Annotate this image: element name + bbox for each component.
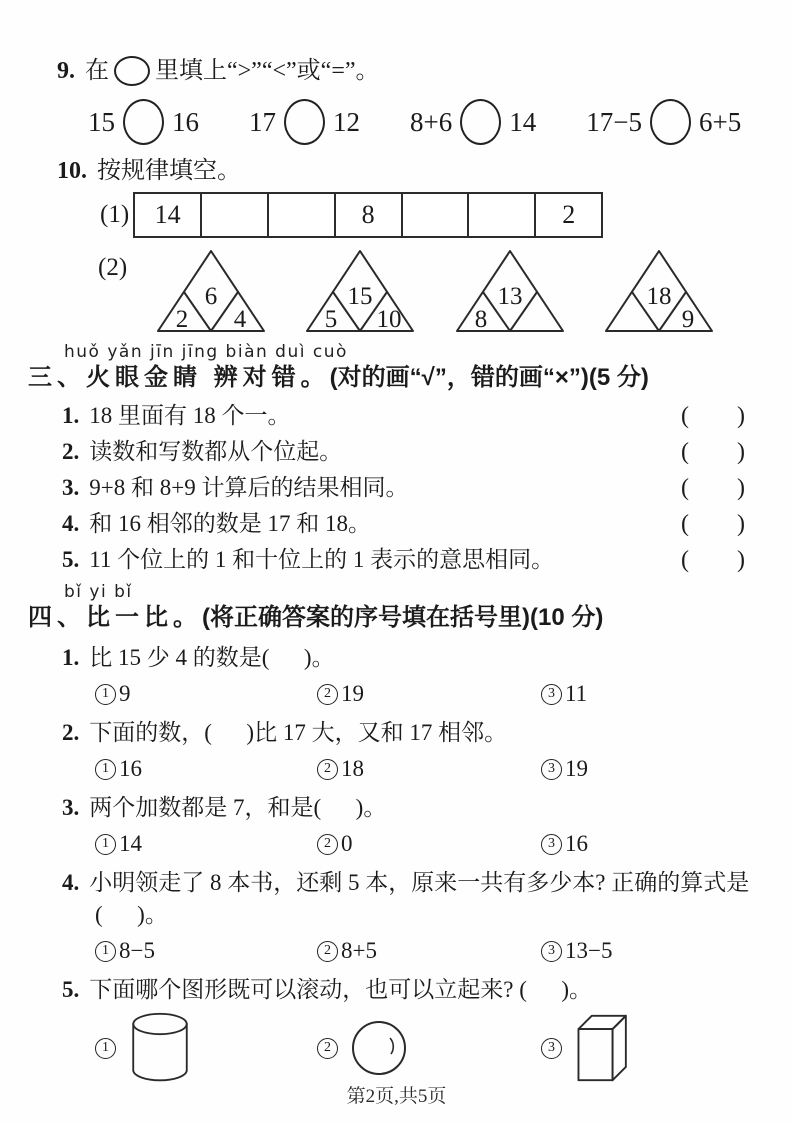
answer-circle — [460, 99, 501, 145]
judge-item: 5.11 个位上的 1 和十位上的 1 表示的意思相同。 ( ) — [62, 546, 745, 574]
test-paper-page: 9. 在 里填上“>”“<”或“=”。 15 16 17 12 8+6 14 1… — [0, 0, 793, 1122]
page-footer: 第2页,共5页 — [0, 1081, 793, 1108]
mc-options-row: 114 20 316 — [95, 829, 793, 859]
judge-item: 2.读数和写数都从个位起。 ( ) — [62, 438, 745, 466]
comparison-row: 15 16 17 12 8+6 14 17−5 6+5 — [88, 98, 793, 146]
circled-number-icon: 2 — [317, 1038, 338, 1059]
cylinder-icon — [128, 1012, 192, 1084]
triangle-right-number: 9 — [682, 306, 695, 333]
answer-bracket: ( ) — [681, 510, 745, 538]
right-operand: 16 — [172, 107, 199, 138]
mc-option: 316 — [541, 829, 793, 859]
comparison-item: 17 12 — [249, 99, 360, 145]
circled-number-icon: 2 — [317, 834, 338, 855]
question-9-header: 9. 在 里填上“>”“<”或“=”。 — [57, 56, 793, 86]
table-cell: 14 — [135, 194, 202, 236]
item-number: 2. — [62, 720, 79, 745]
mc-option: 319 — [541, 754, 793, 784]
item-number: 1. — [62, 403, 79, 428]
option-value: 8+5 — [341, 936, 377, 966]
section-3-note: (对的画“√”，错的画“×”)(5 分) — [330, 362, 649, 394]
table-cell: 2 — [536, 194, 601, 236]
triangle-group: 6 2 4 15 5 10 13 8 — [155, 248, 715, 334]
item-number: 3. — [62, 795, 79, 820]
sphere-icon — [350, 1019, 408, 1077]
table-cell — [269, 194, 336, 236]
triangle-top-number: 6 — [205, 283, 218, 310]
mc-question-stem: 5.下面哪个图形既可以滚动，也可以立起来? ( )。 — [95, 974, 753, 1006]
answer-bracket: ( ) — [681, 474, 745, 502]
circled-number-icon: 1 — [95, 684, 116, 705]
judge-text: 5.11 个位上的 1 和十位上的 1 表示的意思相同。 — [62, 546, 554, 574]
left-operand: 17−5 — [586, 107, 642, 138]
mc-option: 18−5 — [95, 936, 317, 966]
option-value: 13−5 — [565, 936, 612, 966]
item-text: 和 16 相邻的数是 17 和 18。 — [89, 511, 371, 536]
triangle-top-number: 15 — [348, 283, 373, 310]
shape-option: 2 — [317, 1019, 541, 1077]
answer-circle — [123, 99, 164, 145]
circled-number-icon: 2 — [317, 759, 338, 780]
mc-option: 114 — [95, 829, 317, 859]
option-value: 18 — [341, 754, 364, 784]
stem-text: 下面的数，( )比 17 大，又和 17 相邻。 — [89, 720, 507, 745]
mc-options-row: 116 218 319 — [95, 754, 793, 784]
cuboid-icon — [574, 1012, 636, 1084]
table-cell — [403, 194, 470, 236]
right-operand: 12 — [333, 107, 360, 138]
section-4-title: 四、比一比。 — [28, 602, 202, 634]
circled-number-icon: 3 — [541, 1038, 562, 1059]
option-value: 9 — [119, 679, 131, 709]
part-label: (1) — [100, 201, 129, 229]
section-4-note: (将正确答案的序号填在括号里)(10 分) — [202, 602, 603, 634]
option-value: 19 — [341, 679, 364, 709]
triangle-top-number: 13 — [497, 283, 522, 310]
mc-option: 116 — [95, 754, 317, 784]
question-9-title-post: 里填上“>”“<”或“=”。 — [155, 56, 380, 86]
mc-question-stem: 1.比 15 少 4 的数是( )。 — [95, 642, 753, 674]
item-text: 读数和写数都从个位起。 — [89, 439, 342, 464]
section-3-pinyin: huǒ yǎn jīn jīng biàn duì cuò — [64, 342, 793, 362]
shape-option: 1 — [95, 1012, 317, 1084]
shape-options-row: 1 2 3 — [95, 1012, 793, 1084]
shape-option: 3 — [541, 1012, 793, 1084]
section-3-header: 三、火眼金睛 辨对错。 (对的画“√”，错的画“×”)(5 分) — [28, 362, 793, 394]
item-number: 5. — [62, 977, 79, 1002]
circled-number-icon: 1 — [95, 834, 116, 855]
mc-options-row: 18−5 28+5 313−5 — [95, 936, 793, 966]
question-number: 10. — [57, 156, 87, 186]
question-10-title: 按规律填空。 — [97, 156, 241, 186]
option-value: 19 — [565, 754, 588, 784]
item-text: 18 里面有 18 个一。 — [89, 403, 290, 428]
circled-number-icon: 2 — [317, 941, 338, 962]
left-operand: 17 — [249, 107, 276, 138]
number-triangle: 18 9 — [603, 248, 715, 334]
option-value: 16 — [565, 829, 588, 859]
triangle-top-number: 18 — [647, 283, 672, 310]
number-triangle: 15 5 10 — [304, 248, 416, 334]
triangle-left-number: 5 — [325, 306, 338, 333]
table-cell — [469, 194, 536, 236]
circled-number-icon: 3 — [541, 684, 562, 705]
question-10-header: 10. 按规律填空。 — [57, 156, 793, 186]
mc-option: 313−5 — [541, 936, 793, 966]
blank-circle-icon — [114, 56, 150, 86]
table-cell — [202, 194, 269, 236]
mc-question-stem: 2.下面的数，( )比 17 大，又和 17 相邻。 — [95, 717, 753, 749]
mc-options-row: 19 219 311 — [95, 679, 793, 709]
mc-question-stem: 3.两个加数都是 7，和是( )。 — [95, 792, 753, 824]
option-value: 14 — [119, 829, 142, 859]
mc-option: 218 — [317, 754, 541, 784]
circled-number-icon: 3 — [541, 834, 562, 855]
circled-number-icon: 1 — [95, 759, 116, 780]
question-number: 9. — [57, 56, 75, 86]
circled-number-icon: 3 — [541, 759, 562, 780]
item-number: 2. — [62, 439, 79, 464]
judge-text: 2.读数和写数都从个位起。 — [62, 438, 342, 466]
item-text: 9+8 和 8+9 计算后的结果相同。 — [89, 475, 408, 500]
option-value: 8−5 — [119, 936, 155, 966]
left-operand: 8+6 — [410, 107, 452, 138]
mc-option: 19 — [95, 679, 317, 709]
section-4-pinyin: bǐ yi bǐ — [64, 582, 793, 602]
item-number: 1. — [62, 645, 79, 670]
triangle-right-number: 10 — [377, 306, 402, 333]
pattern-triangles-row: (2) 6 2 4 15 5 10 13 — [98, 248, 793, 334]
answer-circle — [650, 99, 691, 145]
part-label: (2) — [98, 254, 127, 282]
triangle-left-number: 2 — [176, 306, 189, 333]
mc-question-stem: 4.小明领走了 8 本书，还剩 5 本，原来一共有多少本? 正确的算式是( )。 — [95, 867, 753, 931]
right-operand: 14 — [509, 107, 536, 138]
option-value: 11 — [565, 679, 587, 709]
mc-option: 28+5 — [317, 936, 541, 966]
judge-item: 4.和 16 相邻的数是 17 和 18。 ( ) — [62, 510, 745, 538]
item-text: 11 个位上的 1 和十位上的 1 表示的意思相同。 — [89, 547, 554, 572]
answer-bracket: ( ) — [681, 402, 745, 430]
item-number: 4. — [62, 511, 79, 536]
judge-item: 3.9+8 和 8+9 计算后的结果相同。 ( ) — [62, 474, 745, 502]
answer-circle — [284, 99, 325, 145]
option-value: 0 — [341, 829, 353, 859]
right-operand: 6+5 — [699, 107, 741, 138]
item-number: 4. — [62, 870, 79, 895]
answer-bracket: ( ) — [681, 546, 745, 574]
mc-option: 219 — [317, 679, 541, 709]
stem-text: 小明领走了 8 本书，还剩 5 本，原来一共有多少本? 正确的算式是( )。 — [89, 870, 749, 927]
judge-text: 1.18 里面有 18 个一。 — [62, 402, 291, 430]
question-9-title-pre: 在 — [85, 56, 109, 86]
left-operand: 15 — [88, 107, 115, 138]
circled-number-icon: 1 — [95, 1038, 116, 1059]
mc-option: 20 — [317, 829, 541, 859]
triangle-left-number: 8 — [475, 306, 488, 333]
answer-bracket: ( ) — [681, 438, 745, 466]
item-number: 3. — [62, 475, 79, 500]
stem-text: 比 15 少 4 的数是( )。 — [89, 645, 334, 670]
section-3-title: 三、火眼金睛 辨对错。 — [28, 362, 330, 394]
section-4-header: 四、比一比。 (将正确答案的序号填在括号里)(10 分) — [28, 602, 793, 634]
stem-text: 两个加数都是 7，和是( )。 — [89, 795, 386, 820]
judge-text: 4.和 16 相邻的数是 17 和 18。 — [62, 510, 371, 538]
mc-option: 311 — [541, 679, 793, 709]
comparison-item: 17−5 6+5 — [586, 99, 741, 145]
comparison-item: 15 16 — [88, 99, 199, 145]
number-triangle: 13 8 — [454, 248, 566, 334]
item-number: 5. — [62, 547, 79, 572]
judge-text: 3.9+8 和 8+9 计算后的结果相同。 — [62, 474, 408, 502]
triangle-right-number: 4 — [234, 306, 247, 333]
circled-number-icon: 3 — [541, 941, 562, 962]
number-triangle: 6 2 4 — [155, 248, 267, 334]
circled-number-icon: 1 — [95, 941, 116, 962]
pattern-table-row: (1) 14 8 2 — [100, 192, 793, 238]
stem-text: 下面哪个图形既可以滚动，也可以立起来? ( )。 — [89, 977, 592, 1002]
comparison-item: 8+6 14 — [410, 99, 536, 145]
judge-item: 1.18 里面有 18 个一。 ( ) — [62, 402, 745, 430]
option-value: 16 — [119, 754, 142, 784]
table-cell: 8 — [336, 194, 403, 236]
circled-number-icon: 2 — [317, 684, 338, 705]
number-pattern-table: 14 8 2 — [133, 192, 603, 238]
